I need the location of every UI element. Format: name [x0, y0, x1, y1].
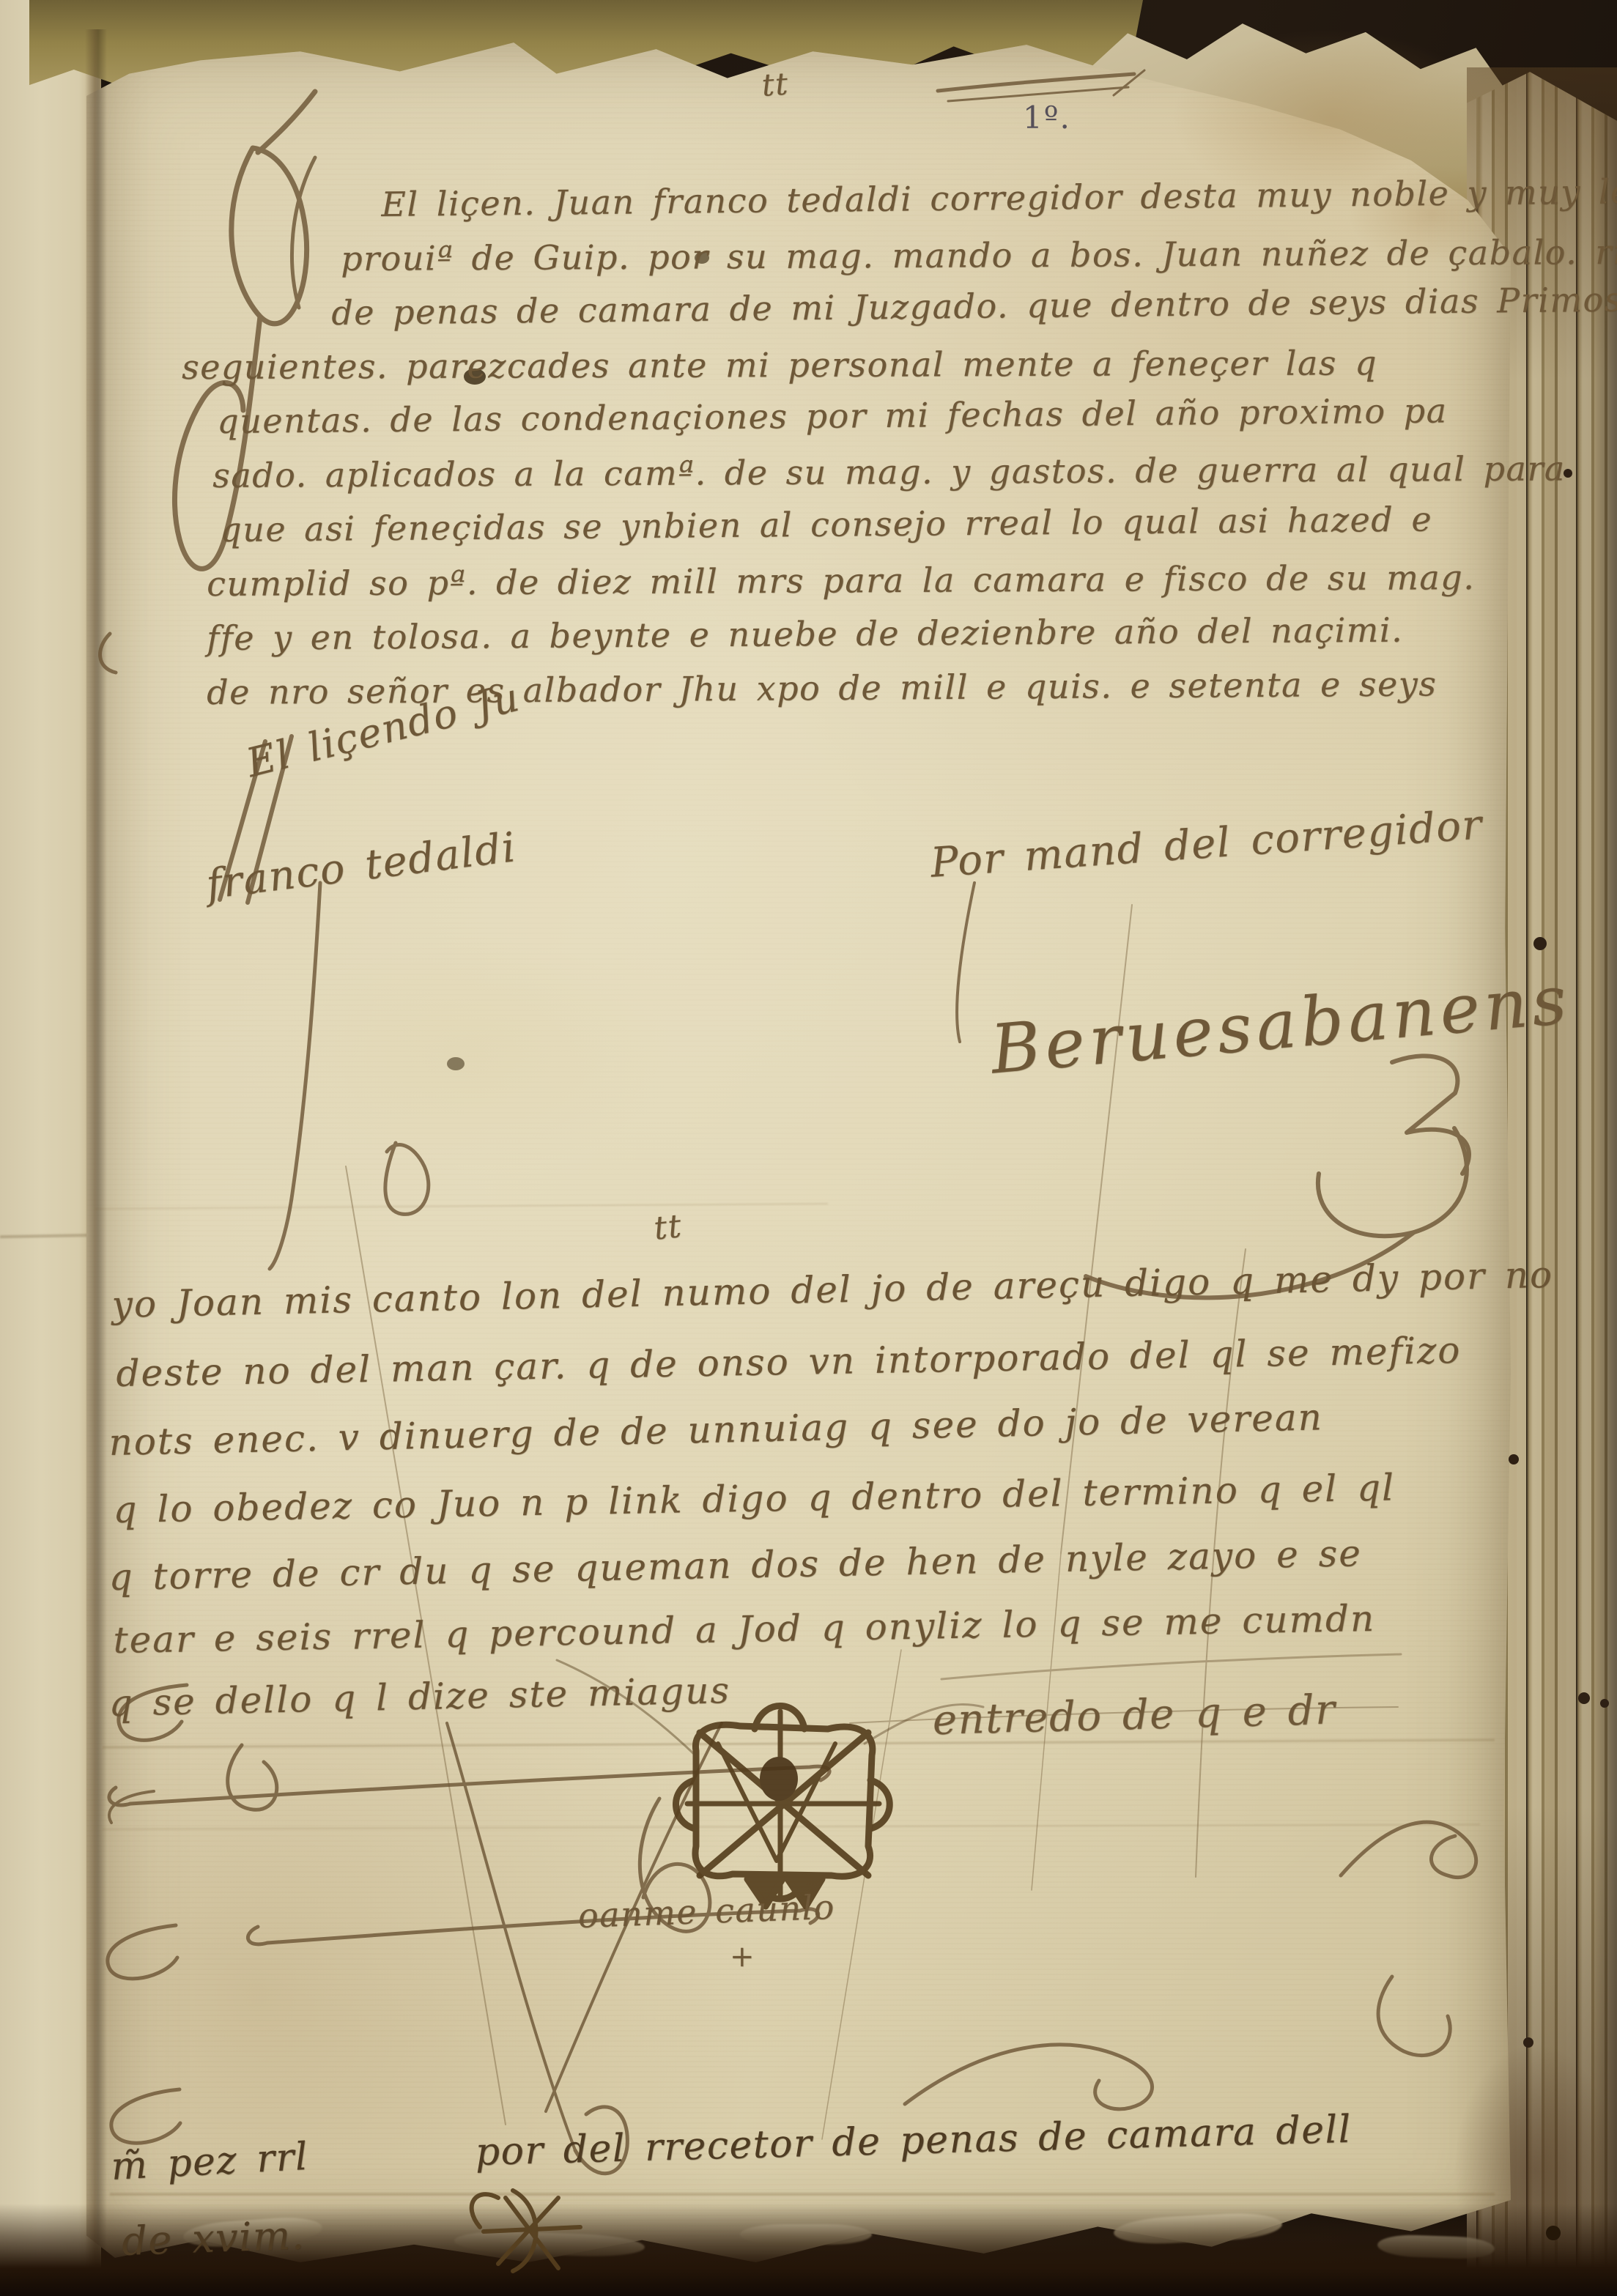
bottom-amount-line: de xvim.	[121, 2212, 306, 2264]
manuscript-photo: 1º. tt El liçen. Juan franco tedaldi cor…	[0, 0, 1617, 2296]
lower-flourishes	[108, 1685, 1476, 2174]
order-line: seguientes. parezcades ante mi personal …	[182, 343, 1377, 387]
escribano-rubric	[957, 883, 1469, 1297]
top-marks	[938, 70, 1144, 101]
order-line: cumplid so pª. de diez mill mrs para la …	[207, 558, 1475, 604]
order-line: sado. aplicados a la camª. de su mag. y …	[212, 448, 1566, 495]
top-cross-mark: tt	[761, 65, 790, 103]
bottom-rubric-star	[472, 2191, 580, 2271]
tedaldi-rubric	[220, 736, 429, 1269]
order-line: prouiª de Guip. por su mag. mando a bos.…	[341, 232, 1617, 278]
order-line: ffe y en tolosa. a beynte e nuebe de dez…	[207, 610, 1403, 658]
ink-blots	[447, 252, 1609, 2240]
cross-mark: +	[730, 1940, 755, 1974]
folio-number: 1º.	[1023, 100, 1071, 136]
mid-cross-mark: tt	[652, 1207, 684, 1248]
